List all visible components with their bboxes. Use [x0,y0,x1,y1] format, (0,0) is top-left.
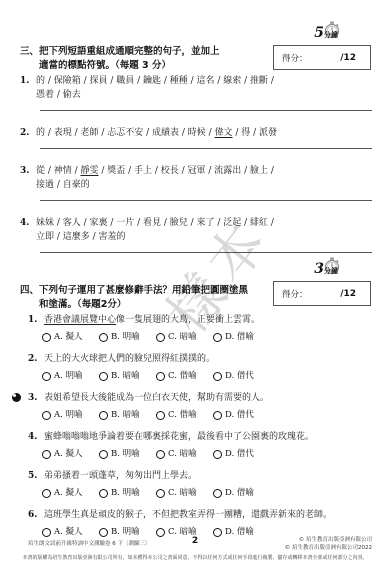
option-c[interactable]: C. 暗喻 [156,447,213,461]
section4-title-line1: 四、下列句子運用了甚麼修辭手法？用鉛筆把圓圈塗黑 [20,284,272,298]
options-row: A. 擬人 B. 明喻 C. 暗喻 D. 借代 [42,447,380,461]
options-row: A. 明喻 B. 暗喻 C. 借喻 D. 借代 [42,408,380,422]
question-text: 的 / 保險箱 / 探員 / 職員 / 鑰匙 / 種種 / 這名 / 線索 / … [36,74,374,123]
question-number: 3. [28,391,44,405]
option-b[interactable]: B. 暗喻 [99,369,156,383]
reorder-question-1: 1. 的 / 保險箱 / 探員 / 職員 / 鑰匙 / 種種 / 這名 / 線索… [20,74,374,123]
underlined-phrase: 香港會議展覽中心 [44,315,116,325]
option-b[interactable]: B. 明喻 [99,330,156,344]
radio-circle-icon[interactable] [99,489,108,498]
footer-copyright-block: © 培生教育出版亞洲有限公司 © 培生教育出版亞洲有限公司2022 [285,536,372,552]
section4-title: 四、下列句子運用了甚麼修辭手法？用鉛筆把圓圈塗黑 和塗滿。（每題2分） [20,284,272,312]
mcq-question-6: 6.這班學生真是頑皮的猴子，不但把教室弄得一團糟，還戲弄新來的老師。 A. 擬人… [28,508,380,539]
section3-timer: 5分鐘 [278,22,338,44]
options-row: A. 明喻 B. 暗喻 C. 借喻 D. 借代 [42,369,380,383]
question-number: 1. [28,313,44,327]
reorder-question-2: 2. 的 / 表現 / 老師 / 忐忑不安 / 成績表 / 時候 / 偉文 / … [20,126,374,161]
section3-title-line1: 三、把下列短語重組成通順完整的句子，並加上 [20,45,272,59]
mcq-question-4: 4.蜜蜂嗡嗡嗡地爭論着要在哪裏採花蜜，最後看中了公園裏的玫瑰花。 A. 擬人 B… [28,430,380,461]
timer-unit: 分鐘 [324,267,338,275]
mcq-question-5: 5.弟弟搔着一頭蓬草，匆匆出門上學去。 A. 擬人 B. 明喻 C. 暗喻 D.… [28,469,380,500]
option-a[interactable]: A. 擬人 [42,447,99,461]
options-row: A. 擬人 B. 明喻 C. 暗喻 D. 借喻 [42,330,380,344]
timer-minutes: 5 [314,25,324,41]
radio-circle-icon[interactable] [42,372,51,381]
radio-circle-icon[interactable] [156,333,165,342]
option-a[interactable]: A. 擬人 [42,330,99,344]
radio-circle-icon[interactable] [156,489,165,498]
radio-circle-icon[interactable] [213,372,222,381]
question-number: 2. [28,352,44,366]
radio-circle-icon[interactable] [99,450,108,459]
radio-circle-icon[interactable] [42,333,51,342]
option-c[interactable]: C. 借喻 [156,369,213,383]
radio-circle-icon[interactable] [156,372,165,381]
question-text: 的 / 表現 / 老師 / 忐忑不安 / 成績表 / 時候 / 偉文 / 得 /… [36,126,374,161]
option-b[interactable]: B. 明喻 [99,486,156,500]
section4-timer: 3分鐘 [278,258,338,280]
score-total: /12 [340,53,362,63]
radio-circle-icon[interactable] [156,450,165,459]
options-row: A. 擬人 B. 明喻 C. 暗喻 D. 借喻 [42,486,380,500]
worksheet-page: 樣本 5分鐘 得分： /12 三、把下列短語重組成通順完整的句子，並加上 適當的… [0,0,390,571]
score-total: /12 [340,289,362,299]
option-d[interactable]: D. 借代 [213,447,270,461]
underlined-word: 靜雯 [81,166,99,176]
option-d[interactable]: D. 借代 [213,408,270,422]
option-a[interactable]: A. 擬人 [42,486,99,500]
radio-circle-icon[interactable] [42,411,51,420]
question-sentence: 弟弟搔着一頭蓬草，匆匆出門上學去。 [44,469,197,483]
question-sentence: 表姐希望長大後能成為一位白衣天使，幫助有需要的人。 [44,391,269,405]
copyright-notice: 本書的版權為培生教育出版亞洲有限公司所有，如未獲得本公司之書面同意，不得以任何方… [4,554,386,561]
option-d[interactable]: D. 借代 [213,369,270,383]
option-c[interactable]: C. 暗喻 [156,486,213,500]
radio-circle-icon[interactable] [213,489,222,498]
timer-minutes: 3 [314,261,324,277]
section3-title: 三、把下列短語重組成通順完整的句子，並加上 適當的標點符號。（每題 3 分） [20,45,272,73]
option-c[interactable]: C. 借喻 [156,408,213,422]
option-a[interactable]: A. 明喻 [42,369,99,383]
option-b[interactable]: B. 暗喻 [99,408,156,422]
score-label: 得分： [282,288,308,300]
radio-circle-icon[interactable] [99,411,108,420]
answer-line[interactable] [40,200,372,201]
question-number: 3. [20,164,36,213]
mcq-question-3: 3.表姐希望長大後能成為一位白衣天使，幫助有需要的人。 A. 明喻 B. 暗喻 … [28,391,380,422]
question-sentence: 這班學生真是頑皮的猴子，不但把教室弄得一團糟，還戲弄新來的老師。 [44,508,332,522]
radio-circle-icon[interactable] [99,372,108,381]
score-label: 得分： [282,52,308,64]
section4-score-box[interactable]: 得分： /12 [273,281,371,306]
question-number: 2. [20,126,36,161]
radio-circle-icon[interactable] [156,411,165,420]
answer-line[interactable] [40,252,372,253]
section4-title-line2: 和塗滿。（每題2分） [20,298,272,312]
question-sentence: 香港會議展覽中心像一隻展翅的大鳥，正要衝上雲霄。 [44,313,260,327]
radio-circle-icon[interactable] [99,333,108,342]
copyright-line-1: © 培生教育出版亞洲有限公司 [285,536,372,544]
radio-circle-icon[interactable] [213,411,222,420]
answer-line[interactable] [40,110,372,111]
option-c[interactable]: C. 暗喻 [156,330,213,344]
section3-score-box[interactable]: 得分： /12 [273,45,371,70]
question-sentence: 天上的大火球把人們的臉兒照得紅撲撲的。 [44,352,215,366]
question-sentence: 蜜蜂嗡嗡嗡地爭論着要在哪裏採花蜜，最後看中了公園裏的玫瑰花。 [44,430,314,444]
option-a[interactable]: A. 明喻 [42,408,99,422]
radio-circle-icon[interactable] [213,450,222,459]
timer-unit: 分鐘 [324,31,338,39]
option-d[interactable]: D. 借喻 [213,330,270,344]
underlined-word: 偉文 [215,128,233,138]
section4-questions: 1.香港會議展覽中心像一隻展翅的大鳥，正要衝上雲霄。 A. 擬人 B. 明喻 C… [28,313,380,547]
section3-title-line2: 適當的標點符號。（每題 3 分） [20,59,272,73]
option-b[interactable]: B. 明喻 [99,447,156,461]
copyright-line-2: © 培生教育出版亞洲有限公司2022 [285,544,372,552]
question-number: 4. [28,430,44,444]
radio-circle-icon[interactable] [213,333,222,342]
question-number: 4. [20,216,36,265]
option-d[interactable]: D. 借喻 [213,486,270,500]
mcq-question-1: 1.香港會議展覽中心像一隻展翅的大鳥，正要衝上雲霄。 A. 擬人 B. 明喻 C… [28,313,380,344]
question-number: 5. [28,469,44,483]
radio-circle-icon[interactable] [42,450,51,459]
answer-line[interactable] [40,148,372,149]
radio-circle-icon[interactable] [42,489,51,498]
question-number: 6. [28,508,44,522]
section3-questions: 1. 的 / 保險箱 / 探員 / 職員 / 鑰匙 / 種種 / 這名 / 線索… [20,74,374,268]
question-text: 從 / 神情 / 靜雯 / 獎盃 / 手上 / 校長 / 冠軍 / 流露出 / … [36,164,374,213]
question-number: 1. [20,74,36,123]
reorder-question-3: 3. 從 / 神情 / 靜雯 / 獎盃 / 手上 / 校長 / 冠軍 / 流露出… [20,164,374,213]
mcq-question-2: 2.天上的大火球把人們的臉兒照得紅撲撲的。 A. 明喻 B. 暗喻 C. 借喻 … [28,352,380,383]
challenge-star-icon [12,393,21,402]
